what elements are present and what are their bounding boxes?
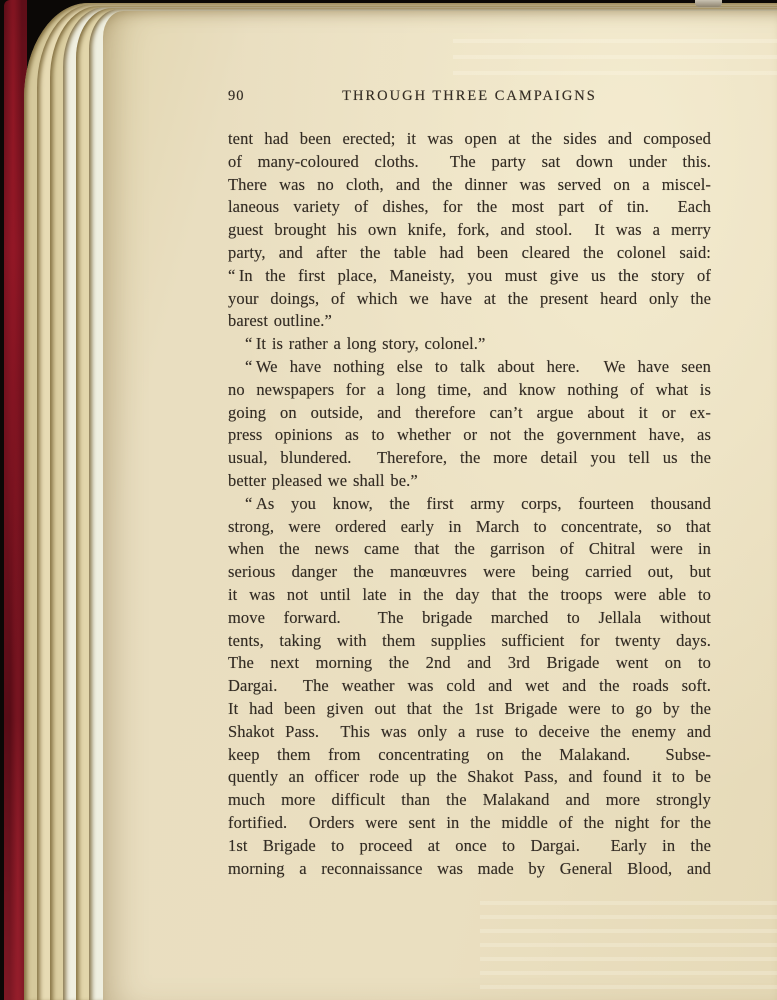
text-line: keep them from concentrating on the Mala… [228, 744, 711, 767]
text-line: usual, blundered. Therefore, the more de… [228, 447, 711, 470]
text-line: The next morning the 2nd and 3rd Brigade… [228, 652, 711, 675]
text-line: 1st Brigade to proceed at once to Dargai… [228, 835, 711, 858]
page-body: tent had been erected; it was open at th… [228, 128, 711, 880]
text-line: It had been given out that the 1st Briga… [228, 698, 711, 721]
running-header: THROUGH THREE CAMPAIGNS [228, 88, 711, 105]
text-line: guest brought his own knife, fork, and s… [228, 219, 711, 242]
top-edge-glint [695, 0, 722, 7]
text-line: There was no cloth, and the dinner was s… [228, 174, 711, 197]
text-line: tent had been erected; it was open at th… [228, 128, 711, 151]
text-line: “ As you know, the first army corps, fou… [228, 493, 711, 516]
text-line: “ In the first place, Maneisty, you must… [228, 265, 711, 288]
text-line: Dargai. The weather was cold and wet and… [228, 675, 711, 698]
book-page: 90 THROUGH THREE CAMPAIGNS tent had been… [103, 11, 777, 1000]
text-line: press opinions as to whether or not the … [228, 424, 711, 447]
text-line: it was not until late in the day that th… [228, 584, 711, 607]
text-line: no newspapers for a long time, and know … [228, 379, 711, 402]
book-photo: 90 THROUGH THREE CAMPAIGNS tent had been… [0, 0, 777, 1000]
text-line: morning a reconnaissance was made by Gen… [228, 858, 711, 881]
text-line: Shakot Pass. This was only a ruse to dec… [228, 721, 711, 744]
text-line: your doings, of which we have at the pre… [228, 288, 711, 311]
text-line: going on outside, and therefore can’t ar… [228, 402, 711, 425]
page-number: 90 [228, 88, 245, 105]
text-line: party, and after the table had been clea… [228, 242, 711, 265]
text-line: much more difficult than the Malakand an… [228, 789, 711, 812]
text-line: barest outline.” [228, 310, 711, 333]
text-line: strong, were ordered early in March to c… [228, 516, 711, 539]
text-line: when the news came that the garrison of … [228, 538, 711, 561]
text-line: “ We have nothing else to talk about her… [228, 356, 711, 379]
text-line: move forward. The brigade marched to Jel… [228, 607, 711, 630]
text-line: laneous variety of dishes, for the most … [228, 196, 711, 219]
text-line: “ It is rather a long story, colonel.” [228, 333, 711, 356]
text-line: better pleased we shall be.” [228, 470, 711, 493]
text-line: fortified. Orders were sent in the middl… [228, 812, 711, 835]
page-header: 90 THROUGH THREE CAMPAIGNS [228, 88, 711, 104]
text-line: serious danger the manœuvres were being … [228, 561, 711, 584]
text-line: quently an officer rode up the Shakot Pa… [228, 766, 711, 789]
text-line: tents, taking with them supplies suffici… [228, 630, 711, 653]
text-line: of many-coloured cloths. The party sat d… [228, 151, 711, 174]
text-column: 90 THROUGH THREE CAMPAIGNS tent had been… [228, 11, 711, 1000]
